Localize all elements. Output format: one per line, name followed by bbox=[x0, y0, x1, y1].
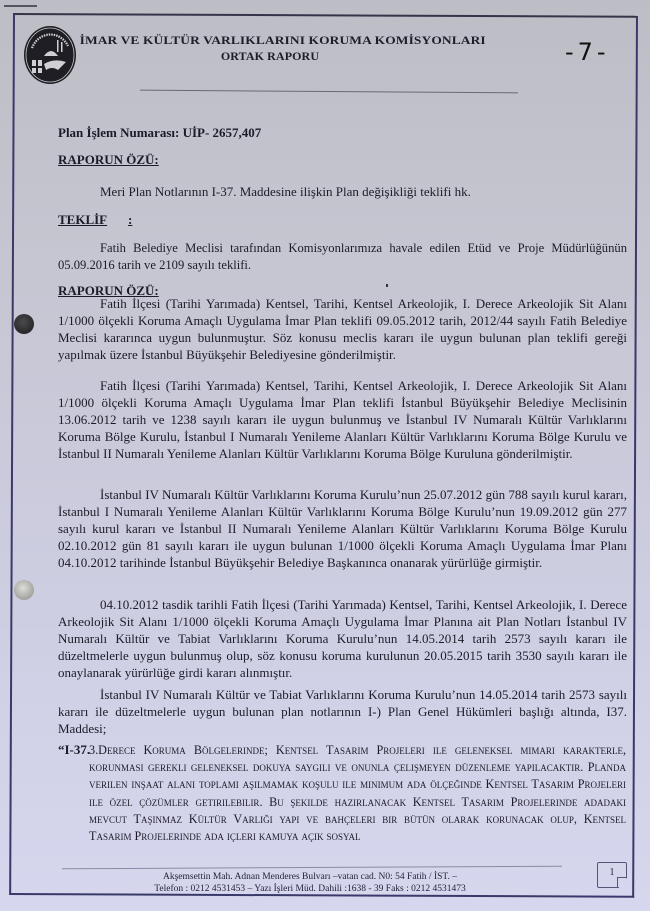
top-edge-mark bbox=[4, 5, 37, 7]
paragraph-4: 04.10.2012 tasdik tarihli Fatih İlçesi (… bbox=[58, 596, 627, 681]
mosque-seal-icon bbox=[24, 26, 76, 84]
plan-number-label: Plan İşlem Numarası: bbox=[58, 125, 179, 140]
paragraph-3-text: İstanbul IV Numaralı Kültür Varlıklarını… bbox=[58, 487, 627, 570]
speck bbox=[386, 284, 388, 287]
page-corner-fold-icon bbox=[617, 877, 626, 887]
proposal-heading: TEKLİF: bbox=[58, 212, 132, 228]
proposal-text-content: Fatih Belediye Meclisi tarafından Komisy… bbox=[58, 241, 627, 272]
proposal-heading-label: TEKLİF bbox=[58, 212, 120, 228]
punch-hole bbox=[14, 314, 34, 334]
article-i37: “I-37. 3.Derece Koruma Bölgelerinde; Ken… bbox=[58, 741, 626, 845]
article-text: 3.Derece Koruma Bölgelerinde; Kentsel Ta… bbox=[58, 742, 626, 845]
proposal-heading-colon: : bbox=[128, 212, 132, 227]
title-line-1: İMAR VE KÜLTÜR VARLIKLARINI KORUMA KOMİS… bbox=[80, 32, 461, 48]
footer-phone: Telefon : 0212 4531453 – Yazı İşleri Müd… bbox=[110, 883, 510, 895]
summary-heading: RAPORUN ÖZÜ: bbox=[58, 152, 159, 168]
footer-contact: Akşemsettin Mah. Adnan Menderes Bulvarı … bbox=[110, 871, 510, 895]
proposal-text: Fatih Belediye Meclisi tarafından Komisy… bbox=[58, 240, 627, 274]
paragraph-5: İstanbul IV Numaralı Kültür ve Tabiat Va… bbox=[58, 686, 627, 737]
document-title: İMAR VE KÜLTÜR VARLIKLARINI KORUMA KOMİS… bbox=[100, 32, 440, 64]
paragraph-5-text: İstanbul IV Numaralı Kültür ve Tabiat Va… bbox=[58, 687, 627, 736]
municipality-logo bbox=[24, 26, 76, 84]
summary-text: Meri Plan Notlarının I-37. Maddesine ili… bbox=[100, 184, 471, 200]
article-number: “I-37. bbox=[58, 742, 90, 757]
paragraph-3: İstanbul IV Numaralı Kültür Varlıklarını… bbox=[58, 486, 627, 571]
paragraph-1: Fatih İlçesi (Tarihi Yarımada) Kentsel, … bbox=[58, 295, 627, 363]
paragraph-1-text: Fatih İlçesi (Tarihi Yarımada) Kentsel, … bbox=[58, 296, 627, 362]
handwritten-page-mark: -7- bbox=[565, 38, 610, 66]
title-line-2: ORTAK RAPORU bbox=[100, 48, 440, 64]
paragraph-4-text: 04.10.2012 tasdik tarihli Fatih İlçesi (… bbox=[58, 597, 627, 680]
paragraph-2: Fatih İlçesi (Tarihi Yarımada) Kentsel, … bbox=[58, 377, 627, 462]
footer-address: Akşemsettin Mah. Adnan Menderes Bulvarı … bbox=[110, 871, 510, 883]
paragraph-2-text: Fatih İlçesi (Tarihi Yarımada) Kentsel, … bbox=[58, 378, 627, 461]
plan-number-value: UİP- 2657,407 bbox=[183, 125, 262, 140]
punch-hole bbox=[14, 580, 34, 600]
plan-number: Plan İşlem Numarası: UİP- 2657,407 bbox=[58, 125, 261, 141]
